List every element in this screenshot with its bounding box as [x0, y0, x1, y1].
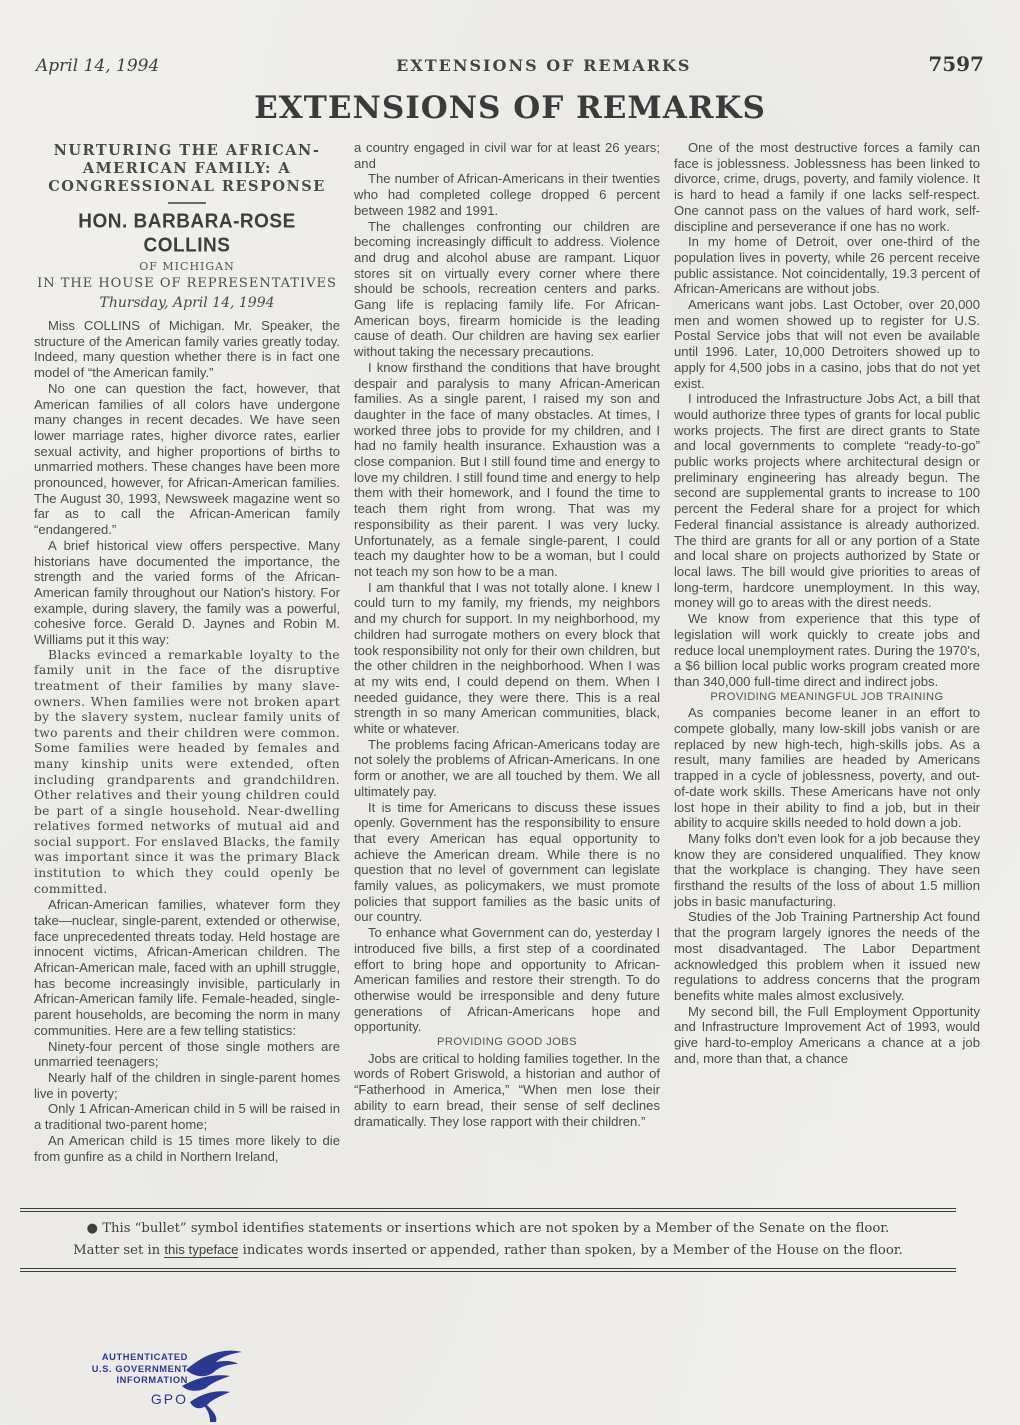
- paragraph: We know from experience that this type o…: [674, 611, 980, 690]
- speaker-state: OF MICHIGAN: [34, 260, 340, 273]
- gpo-auth-line3: INFORMATION: [58, 1375, 188, 1387]
- gpo-auth-text: AUTHENTICATED U.S. GOVERNMENT INFORMATIO…: [58, 1352, 188, 1387]
- paragraph: Only 1 African-American child in 5 will …: [34, 1101, 340, 1132]
- column-3: One of the most destructive forces a fam…: [674, 140, 980, 1198]
- column-2: a country engaged in civil war for at le…: [354, 140, 660, 1198]
- paragraph: I am thankful that I was not totally alo…: [354, 580, 660, 737]
- section-title: EXTENSIONS OF REMARKS: [0, 90, 1020, 126]
- page-number: 7597: [928, 52, 984, 76]
- column-3-body: One of the most destructive forces a fam…: [674, 140, 980, 1066]
- session-date: Thursday, April 14, 1994: [34, 295, 340, 311]
- paragraph: To enhance what Government can do, yeste…: [354, 925, 660, 1035]
- chamber-line: IN THE HOUSE OF REPRESENTATIVES: [34, 276, 340, 291]
- paragraph: Nearly half of the children in single-pa…: [34, 1070, 340, 1101]
- column-1-body: Miss COLLINS of Michigan. Mr. Speaker, t…: [34, 318, 340, 1164]
- text-columns: NURTURING THE AFRICAN-AMERICAN FAMILY: A…: [34, 140, 990, 1198]
- article-title: NURTURING THE AFRICAN-AMERICAN FAMILY: A…: [34, 142, 340, 196]
- gpo-eagle-icon: [176, 1342, 246, 1425]
- paragraph: a country engaged in civil war for at le…: [354, 140, 660, 171]
- footer-bullet-line: ● This “bullet” symbol identifies statem…: [30, 1221, 946, 1236]
- article-header: NURTURING THE AFRICAN-AMERICAN FAMILY: A…: [34, 142, 340, 311]
- title-divider: [168, 202, 206, 204]
- journal-name: EXTENSIONS OF REMARKS: [396, 56, 691, 75]
- typeface-sample: this typeface: [164, 1242, 238, 1258]
- paragraph: I know firsthand the conditions that hav…: [354, 360, 660, 580]
- paragraph: No one can question the fact, however, t…: [34, 381, 340, 538]
- footer-typeface-line: Matter set in this typeface indicates wo…: [30, 1242, 946, 1258]
- paragraph: Jobs are critical to holding families to…: [354, 1051, 660, 1130]
- paragraph: It is time for Americans to discuss thes…: [354, 800, 660, 926]
- gpo-auth-line2: U.S. GOVERNMENT: [58, 1364, 188, 1376]
- paragraph: African-American families, whatever form…: [34, 897, 340, 1038]
- paragraph: The challenges confronting our children …: [354, 219, 660, 360]
- paragraph: The problems facing African-Americans to…: [354, 737, 660, 800]
- speaker-name: HON. BARBARA-ROSE COLLINS: [34, 210, 340, 258]
- paragraph: Ninety-four percent of those single moth…: [34, 1039, 340, 1070]
- subheading: PROVIDING MEANINGFUL JOB TRAINING: [674, 690, 980, 706]
- paragraph: Americans want jobs. Last October, over …: [674, 297, 980, 391]
- paragraph: As companies become leaner in an effort …: [674, 705, 980, 831]
- gpo-authentication-logo: AUTHENTICATED U.S. GOVERNMENT INFORMATIO…: [58, 1352, 188, 1407]
- footer-bullet-text: This “bullet” symbol identifies statemen…: [102, 1221, 889, 1236]
- column-2-body: a country engaged in civil war for at le…: [354, 140, 660, 1129]
- column-1: NURTURING THE AFRICAN-AMERICAN FAMILY: A…: [34, 140, 340, 1198]
- issue-date: April 14, 1994: [36, 56, 159, 76]
- subheading: PROVIDING GOOD JOBS: [354, 1035, 660, 1051]
- scanned-document-page: April 14, 1994 EXTENSIONS OF REMARKS 759…: [0, 0, 1020, 1425]
- paragraph: An American child is 15 times more likel…: [34, 1133, 340, 1164]
- footer-typeface-post: indicates words inserted or appended, ra…: [238, 1243, 902, 1258]
- paragraph: A brief historical view offers perspecti…: [34, 538, 340, 648]
- bullet-icon: ●: [87, 1221, 98, 1236]
- paragraph: Many folks don't even look for a job bec…: [674, 831, 980, 910]
- gpo-wordmark: GPO: [58, 1391, 188, 1407]
- paragraph: In my home of Detroit, over one-third of…: [674, 234, 980, 297]
- running-head: April 14, 1994 EXTENSIONS OF REMARKS 759…: [36, 52, 984, 76]
- paragraph: One of the most destructive forces a fam…: [674, 140, 980, 234]
- paragraph: The number of African-Americans in their…: [354, 171, 660, 218]
- paragraph: My second bill, the Full Employment Oppo…: [674, 1004, 980, 1067]
- paragraph: I introduced the Infrastructure Jobs Act…: [674, 391, 980, 611]
- footer-typeface-pre: Matter set in: [73, 1243, 164, 1258]
- paragraph: Studies of the Job Training Partnership …: [674, 909, 980, 1003]
- gpo-auth-line1: AUTHENTICATED: [58, 1352, 188, 1364]
- quote-paragraph: Blacks evinced a remarkable loyalty to t…: [34, 648, 340, 898]
- paragraph: Miss COLLINS of Michigan. Mr. Speaker, t…: [34, 318, 340, 381]
- footer-note-box: ● This “bullet” symbol identifies statem…: [20, 1208, 956, 1272]
